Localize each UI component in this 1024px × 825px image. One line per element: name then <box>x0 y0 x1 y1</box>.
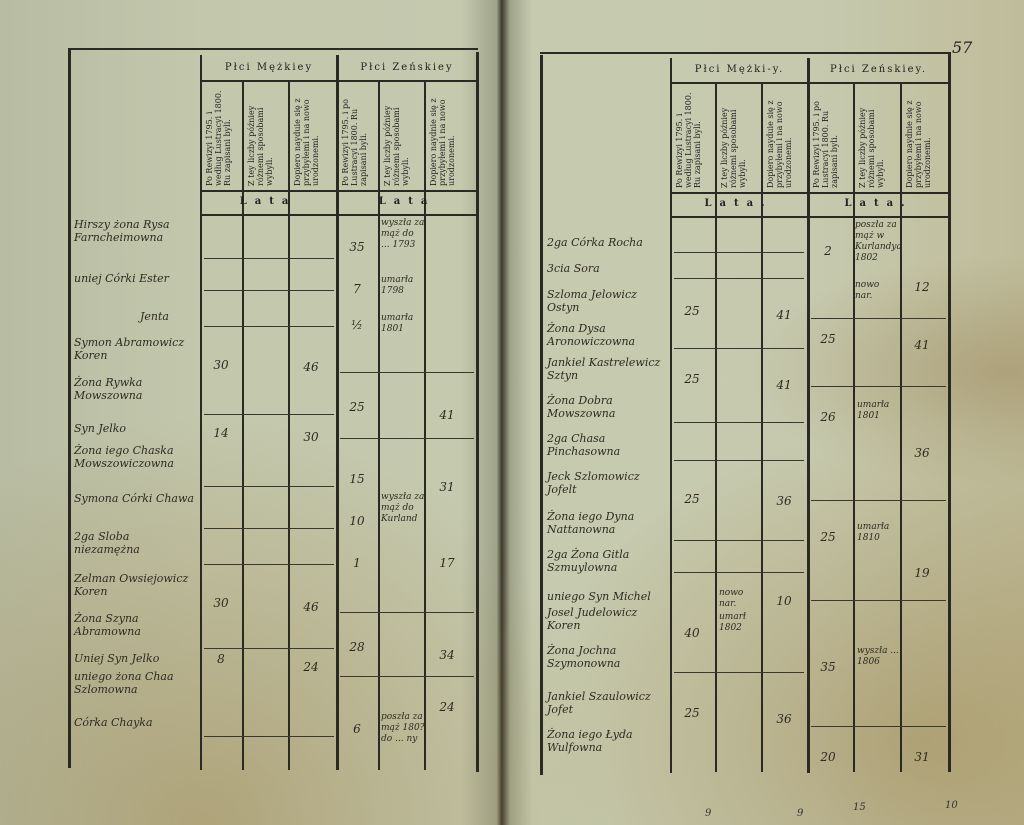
col-divider <box>715 82 717 772</box>
entry-f1: 25 <box>811 332 845 346</box>
filler-dash <box>674 672 804 673</box>
header-col-m2: Z tey liczby późniey różnemi sposobami w… <box>720 88 758 188</box>
entry-m1: 25 <box>675 372 709 386</box>
filler-dash <box>674 252 804 253</box>
header-col-m3: Dopiero nayduie się z przybyłemi i na no… <box>766 88 804 188</box>
entry-f1: 10 <box>340 514 374 528</box>
entry-m1: 8 <box>204 652 238 666</box>
entry-name: Żona iego Dyna Nattanowna <box>547 510 667 536</box>
entry-m2: umarł 1802 <box>719 612 763 634</box>
entry-f3: 41 <box>905 338 939 352</box>
entry-name: uniego żona Chaa Szlomowna <box>74 670 198 696</box>
filler-dash <box>204 528 334 529</box>
entry-f1: 2 <box>811 244 845 258</box>
filler-dash <box>340 372 474 373</box>
entry-name: 2ga Chasa Pinchasowna <box>547 432 667 458</box>
footer-mark: 9 <box>705 808 711 819</box>
col-divider <box>900 82 902 772</box>
filler-dash <box>811 600 946 601</box>
header-col-f1: Po Rewizyi 1795. i po Lustracyi 1800. Ru… <box>341 86 375 186</box>
entry-m3: 46 <box>294 360 328 374</box>
col-divider <box>288 80 290 770</box>
entry-m1: 14 <box>204 426 238 440</box>
header-col-f1: Po Rewizyi 1795. i po Lustracyi 1800. Ru… <box>812 88 850 188</box>
entry-f2: wyszła za mąż do Kurland <box>381 492 425 525</box>
header-male: Płci Mężki-y. <box>672 64 807 75</box>
entry-f2: wyszła ... 1806 <box>857 646 901 668</box>
filler-dash <box>340 612 474 613</box>
header-rule <box>200 214 476 216</box>
entry-f1: 35 <box>340 240 374 254</box>
entry-f2: umarła 1801 <box>381 313 425 335</box>
entry-m3: 10 <box>767 594 801 608</box>
entry-name: Jankiel Kastrelewicz Sztyn <box>547 356 667 382</box>
col-divider <box>853 82 855 772</box>
entry-m2: nowo nar. <box>719 588 763 610</box>
top-rule <box>540 52 950 54</box>
entry-name: Żona Rywka Mowszowna <box>74 376 198 402</box>
header-col-m1: Po Rewizyi 1795. i według Lustracyi 1800… <box>675 88 712 188</box>
filler-dash <box>811 726 946 727</box>
entry-name: Jeck Szlomowicz Jofelt <box>547 470 667 496</box>
filler-dash <box>811 318 946 319</box>
entry-name: Syn Jelko <box>74 422 126 435</box>
entry-f3: 17 <box>430 556 464 570</box>
entry-name: Symon Abramowicz Koren <box>74 336 198 362</box>
filler-dash <box>674 540 804 541</box>
entry-m1: 30 <box>204 596 238 610</box>
entry-m3: 41 <box>767 378 801 392</box>
entry-name: Hirszy żona Rysa Farncheimowna <box>74 218 198 244</box>
entry-f3: 31 <box>905 750 939 764</box>
header-col-m2: Z tey liczby późniey różnemi sposobami w… <box>247 86 285 186</box>
entry-f3: 19 <box>905 566 939 580</box>
left-page: Płci Mężkiey Płci Zeńskiey Po Rewizyi 17… <box>0 0 500 825</box>
entry-f2: wyszła za mąż do ... 1793 <box>381 218 425 251</box>
filler-dash <box>204 486 334 487</box>
col-divider <box>670 58 672 773</box>
entry-f3: 31 <box>430 480 464 494</box>
filler-dash <box>204 564 334 565</box>
entry-name: Uniej Syn Jelko <box>74 652 159 665</box>
entry-m3: 36 <box>767 712 801 726</box>
page-number: 57 <box>952 38 972 57</box>
entry-f1: 6 <box>340 722 374 736</box>
entry-name: Żona iego Łyda Wulfowna <box>547 728 667 754</box>
entry-f3: 36 <box>905 446 939 460</box>
filler-dash <box>674 460 804 461</box>
filler-dash <box>204 414 334 415</box>
header-rule <box>670 192 950 194</box>
filler-dash <box>204 736 334 737</box>
entry-name: 2ga Żona Gitla Szmuylowna <box>547 548 667 574</box>
left-border <box>68 48 71 768</box>
header-col-m3: Dopiero nayduie się z przybyłemi i na no… <box>293 86 333 186</box>
header-rule <box>670 216 950 218</box>
header-female: Płci Zeńskiey <box>338 62 476 73</box>
col-divider <box>242 80 244 770</box>
entry-f1: 1 <box>340 556 374 570</box>
entry-m3: 41 <box>767 308 801 322</box>
entry-m3: 30 <box>294 430 328 444</box>
footer-mark: 15 <box>853 802 866 813</box>
entry-name: Zelman Owsiejowicz Koren <box>74 572 198 598</box>
entry-f2: umarła 1798 <box>381 275 425 297</box>
entry-f1: 15 <box>340 472 374 486</box>
entry-m3: 46 <box>294 600 328 614</box>
col-divider <box>336 55 339 770</box>
header-rule <box>200 80 476 82</box>
entry-name: uniego Syn Michel <box>547 590 651 603</box>
entry-name: Żona Szyna Abramowna <box>74 612 198 638</box>
header-col-m1: Po Rewizyi 1795. i według Lustracyi 1800… <box>205 86 239 186</box>
header-female: Płci Zeńskiey. <box>809 64 948 75</box>
entry-f1: 25 <box>340 400 374 414</box>
entry-name: 2ga Córka Rocha <box>547 236 643 249</box>
right-border <box>948 52 951 772</box>
filler-dash <box>340 676 474 677</box>
filler-dash <box>674 278 804 279</box>
header-col-f2: Z tey liczby późniey różnemi sposobami w… <box>858 88 896 188</box>
filler-dash <box>674 422 804 423</box>
filler-dash <box>204 648 334 649</box>
filler-dash <box>811 500 946 501</box>
register-spread: Płci Mężkiey Płci Zeńskiey Po Rewizyi 17… <box>0 0 1024 825</box>
entry-name: 3cia Sora <box>547 262 600 275</box>
header-col-f2: Z tey liczby późniey różnemi sposobami w… <box>383 86 421 186</box>
entry-name: Córka Chayka <box>74 716 153 729</box>
col-divider <box>200 55 202 770</box>
header-rule <box>670 82 950 84</box>
entry-m1: 25 <box>675 706 709 720</box>
entry-f1: 28 <box>340 640 374 654</box>
entry-name: Żona iego Chaska Mowszowiczowna <box>74 444 198 470</box>
entry-f3: 24 <box>430 700 464 714</box>
entry-f1: 20 <box>811 750 845 764</box>
filler-dash <box>204 290 334 291</box>
filler-dash <box>674 348 804 349</box>
entry-f2: poszła za mąż 180? do ... ny <box>381 712 425 745</box>
entry-m1: 25 <box>675 492 709 506</box>
entry-f1: 26 <box>811 410 845 424</box>
entry-f1: ½ <box>340 318 374 332</box>
header-rule <box>200 190 476 192</box>
entry-name: Josel Judelowicz Koren <box>547 606 667 632</box>
entry-f1: 25 <box>811 530 845 544</box>
entry-f3: 12 <box>905 280 939 294</box>
filler-dash <box>204 258 334 259</box>
header-col-f3: Dopiero naydnie się z przybyłemi i na no… <box>429 86 473 186</box>
left-border <box>540 55 543 775</box>
entry-f2: umarła 1801 <box>857 400 901 422</box>
entry-name: Żona Dysa Aronowiczowna <box>547 322 667 348</box>
years-label-female: Lata. <box>809 198 948 209</box>
header-male: Płci Mężkiey <box>202 62 336 73</box>
entry-f3: 41 <box>430 408 464 422</box>
entry-name: Jenta <box>140 310 169 323</box>
entry-f1: 35 <box>811 660 845 674</box>
years-label-male: Lata. <box>670 198 807 209</box>
right-page: 57 Płci Mężki-y. Płci Zeńskiey. Po Rewiz… <box>505 0 1024 825</box>
entry-m1: 40 <box>675 626 709 640</box>
entry-f2: umarła 1810 <box>857 522 901 544</box>
entry-name: Symona Córki Chawa <box>74 492 198 505</box>
entry-m1: 30 <box>204 358 238 372</box>
years-label-male: Lata <box>200 196 336 207</box>
entry-name: 2ga Sloba niezamężna <box>74 530 198 556</box>
entry-name: Szloma Jelowicz Ostyn <box>547 288 667 314</box>
years-label-female: Lata <box>338 196 476 207</box>
col-divider <box>424 80 426 770</box>
col-divider <box>378 80 380 770</box>
filler-dash <box>340 438 474 439</box>
entry-name: Jankiel Szaulowicz Jofet <box>547 690 667 716</box>
entry-m3: 24 <box>294 660 328 674</box>
entry-f3: 34 <box>430 648 464 662</box>
filler-dash <box>674 572 804 573</box>
entry-m1: 25 <box>675 304 709 318</box>
filler-dash <box>811 386 946 387</box>
footer-mark: 9 <box>797 808 803 819</box>
entry-name: uniej Córki Ester <box>74 272 169 285</box>
header-col-f3: Dopiero naydnie się z przybyłemi i na no… <box>905 88 945 188</box>
filler-dash <box>204 326 334 327</box>
col-divider <box>761 82 763 772</box>
entry-f2: poszła za mąż w Kurlandya 1802 <box>855 220 899 264</box>
entry-f1: 7 <box>340 282 374 296</box>
col-divider <box>807 58 810 773</box>
footer-mark: 10 <box>945 800 958 811</box>
right-border <box>476 52 479 772</box>
entry-name: Żona Dobra Mowszowna <box>547 394 667 420</box>
entry-m3: 36 <box>767 494 801 508</box>
top-rule <box>68 48 478 50</box>
entry-f2: nowo nar. <box>855 280 899 302</box>
entry-name: Żona Jochna Szymonowna <box>547 644 667 670</box>
